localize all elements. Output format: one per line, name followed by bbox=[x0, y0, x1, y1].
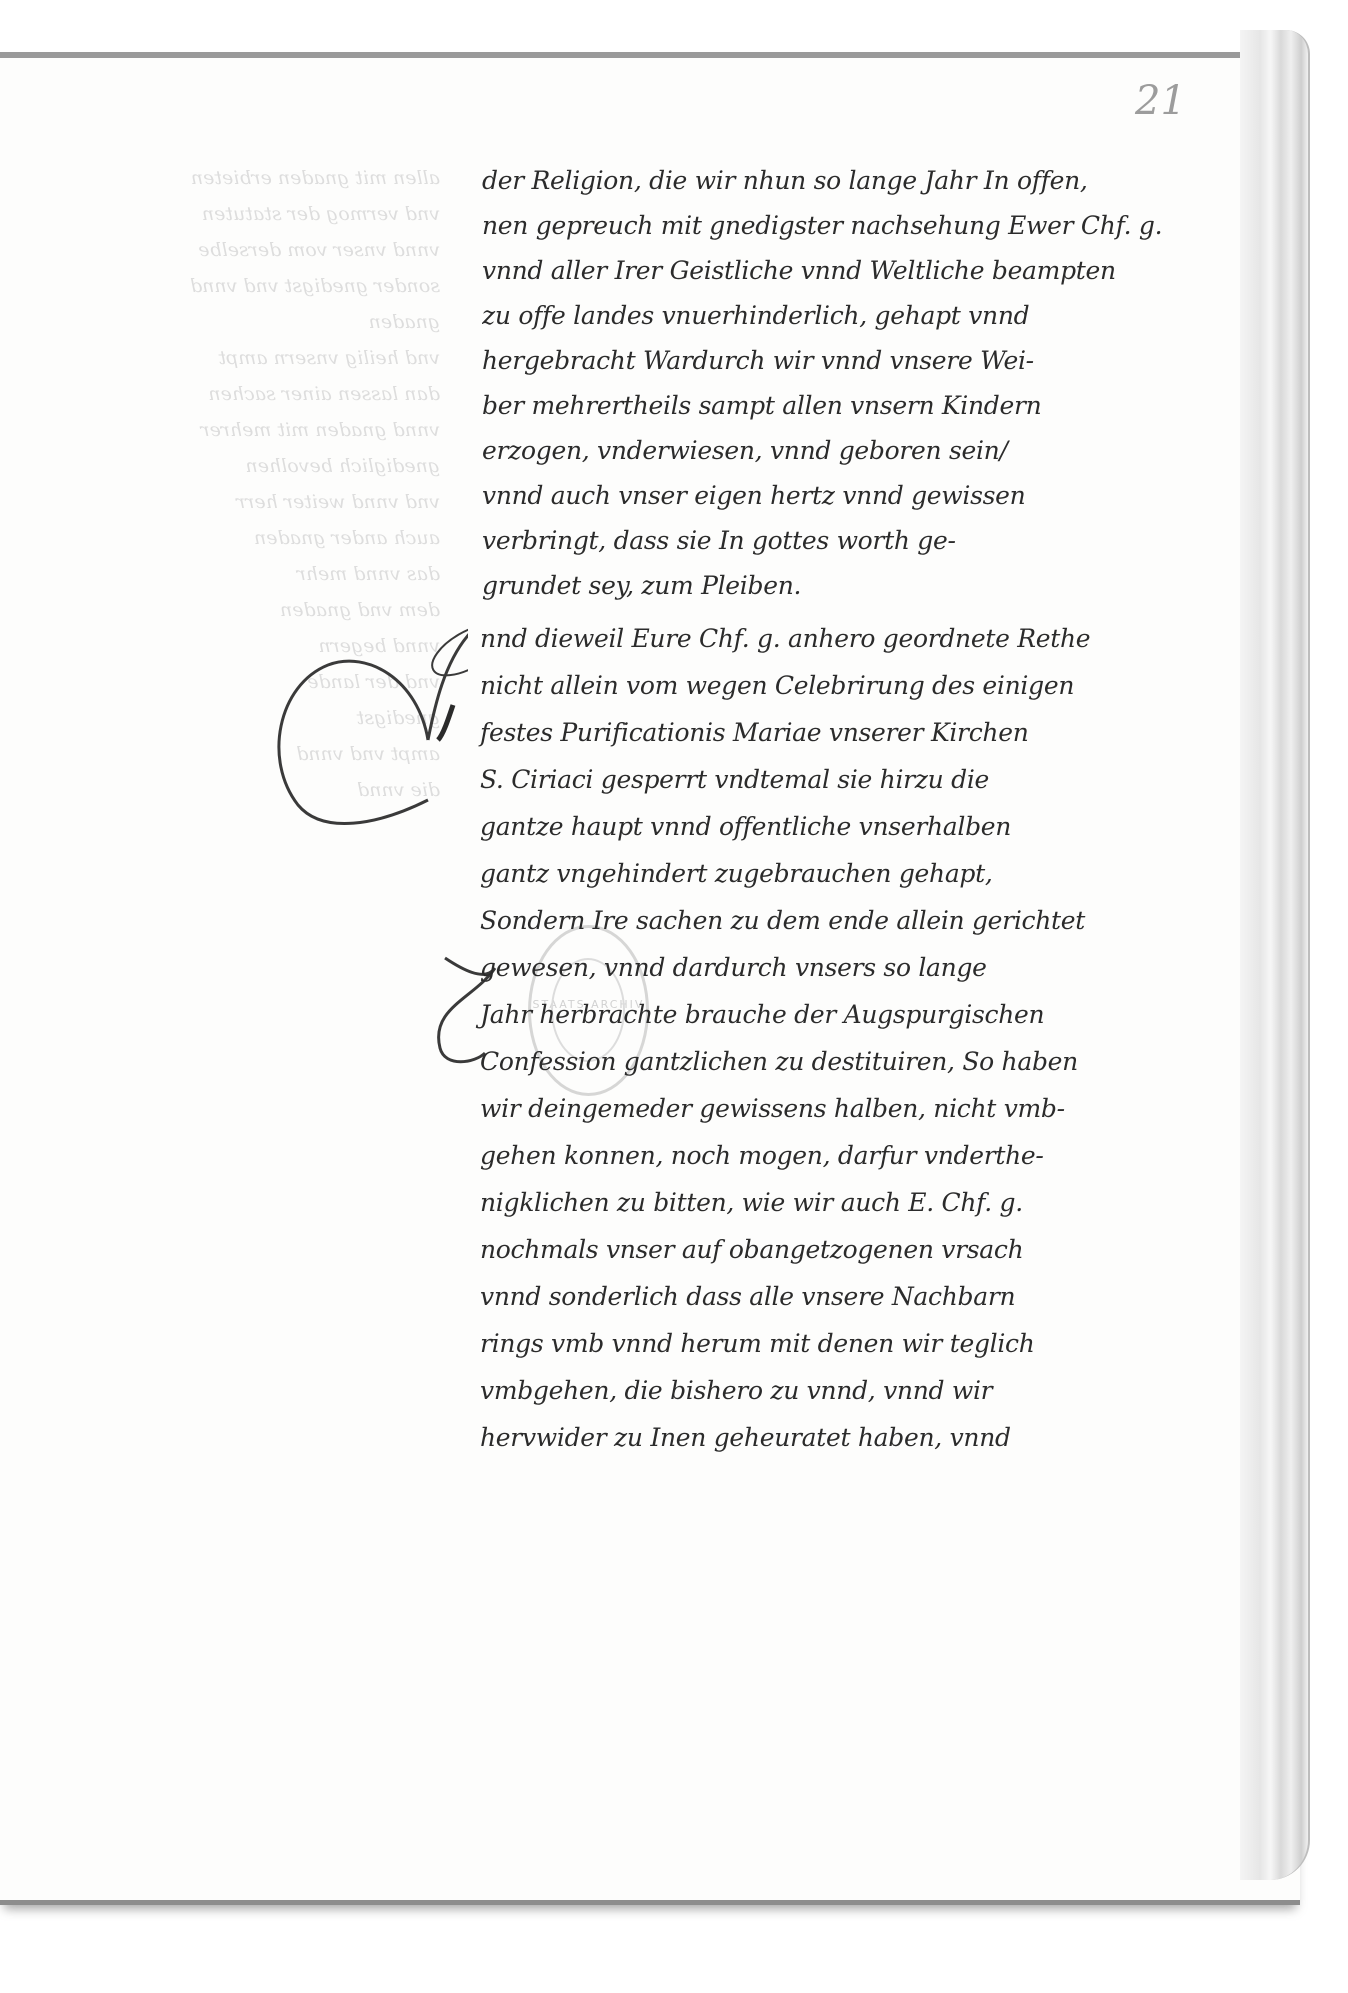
text-line: vnnd aller Irer Geistliche vnnd Weltlich… bbox=[482, 248, 1242, 293]
folio-number: 21 bbox=[1135, 78, 1186, 124]
text-line: rings vmb vnnd herum mit denen wir tegli… bbox=[418, 1320, 1238, 1367]
text-line: gantze haupt vnnd offentliche vnserhalbe… bbox=[418, 803, 1238, 850]
text-line: vmbgehen, die bishero zu vnnd, vnnd wir bbox=[418, 1367, 1238, 1414]
text-line: nnd dieweil Eure Chf. g. anhero geordnet… bbox=[418, 615, 1238, 662]
text-line: ber mehrertheils sampt allen vnsern Kind… bbox=[482, 383, 1242, 428]
text-line: nen gepreuch mit gnedigster nachsehung E… bbox=[482, 203, 1242, 248]
text-line: grundet sey, zum Pleiben. bbox=[482, 563, 1242, 608]
text-line: gehen konnen, noch mogen, darfur vnderth… bbox=[418, 1132, 1238, 1179]
text-line: festes Purificationis Mariae vnserer Kir… bbox=[418, 709, 1238, 756]
text-line: nochmals vnser auf obangetzogenen vrsach bbox=[418, 1226, 1238, 1273]
text-line: Sondern Ire sachen zu dem ende allein ge… bbox=[418, 897, 1238, 944]
paragraph-2: nnd dieweil Eure Chf. g. anhero geordnet… bbox=[418, 615, 1238, 1461]
page-stack-edge bbox=[1240, 30, 1310, 1880]
paragraph-1: der Religion, die wir nhun so lange Jahr… bbox=[482, 158, 1242, 608]
text-line: vnnd sonderlich dass alle vnsere Nachbar… bbox=[418, 1273, 1238, 1320]
text-line: wir deingemeder gewissens halben, nicht … bbox=[418, 1085, 1238, 1132]
text-line: S. Ciriaci gesperrt vndtemal sie hirzu d… bbox=[418, 756, 1238, 803]
text-line: nicht allein vom wegen Celebrirung des e… bbox=[418, 662, 1238, 709]
text-line: Jahr herbrachte brauche der Augspurgisch… bbox=[418, 991, 1238, 1038]
text-line: Confession gantzlichen zu destituiren, S… bbox=[418, 1038, 1238, 1085]
text-line: erzogen, vnderwiesen, vnnd geboren sein/ bbox=[482, 428, 1242, 473]
text-line: gantz vngehindert zugebrauchen gehapt, bbox=[418, 850, 1238, 897]
text-line: der Religion, die wir nhun so lange Jahr… bbox=[482, 158, 1242, 203]
text-line: hergebracht Wardurch wir vnnd vnsere Wei… bbox=[482, 338, 1242, 383]
text-line: nigklichen zu bitten, wie wir auch E. Ch… bbox=[418, 1179, 1238, 1226]
text-line: gewesen, vnnd dardurch vnsers so lange bbox=[418, 944, 1238, 991]
text-line: zu offe landes vnuerhinderlich, gehapt v… bbox=[482, 293, 1242, 338]
text-line: verbringt, dass sie In gottes worth ge- bbox=[482, 518, 1242, 563]
text-line: hervwider zu Inen geheuratet haben, vnnd bbox=[418, 1414, 1238, 1461]
text-line: vnnd auch vnser eigen hertz vnnd gewisse… bbox=[482, 473, 1242, 518]
